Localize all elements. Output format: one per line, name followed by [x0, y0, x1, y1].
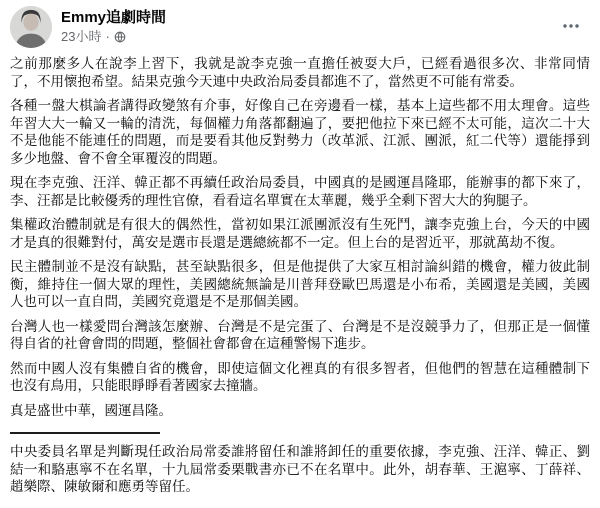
post-paragraph: 台灣人也一樣愛問台灣該怎麼辦、台灣是不是完蛋了、台灣是不是沒競爭力了，但那正是一…: [10, 318, 590, 353]
post-body: 之前那麼多人在說李上習下，我就是說李克強一直擔任被耍大戶，已經看過很多次、非常同…: [0, 50, 600, 496]
post-paragraph: 真是盛世中華，國運昌隆。: [10, 402, 590, 420]
profile-photo-placeholder: [10, 6, 52, 48]
divider-line: [10, 432, 160, 434]
post-paragraph: 集權政治體制就是有很大的偶然性，當初如果江派團派沒有生死鬥，讓李克強上台，今天的…: [10, 216, 590, 251]
post-paragraph: 現在李克強、汪洋、韓正都不再續任政治局委員，中國真的是國運昌隆耶，能辦事的都下來…: [10, 174, 590, 209]
author-name[interactable]: Emmy追劇時間: [61, 8, 166, 27]
post-meta-row: 23小時 ·: [61, 29, 166, 44]
post-paragraph: 然而中國人沒有集體自省的機會，即使這個文化裡真的有很多智者，但他們的智慧在這種體…: [10, 360, 590, 395]
post-paragraph: 之前那麼多人在說李上習下，我就是說李克強一直擔任被耍大戶，已經看過很多次、非常同…: [10, 55, 590, 90]
globe-icon: [114, 31, 126, 43]
dot-separator: ·: [105, 29, 109, 44]
avatar[interactable]: [10, 6, 52, 48]
more-options-button[interactable]: [558, 16, 584, 36]
post-footnote: 中央委員名單是判斷現任政治局常委誰將留任和誰將卸任的重要依據，李克強、汪洋、韓正…: [10, 443, 590, 496]
ellipsis-icon: [562, 20, 580, 32]
facebook-post-card: Emmy追劇時間 23小時 · 之前那麼多人在說: [0, 0, 600, 508]
post-paragraph: 各種一盤大棋論者講得政變煞有介事，好像自己在旁邊看一樣，基本上這些都不用太理會。…: [10, 97, 590, 167]
timestamp[interactable]: 23小時: [61, 29, 101, 44]
post-paragraph: 民主體制並不是沒有缺點，甚至缺點很多，但是他提供了大家互相討論糾錯的機會，權力彼…: [10, 258, 590, 311]
post-header: Emmy追劇時間 23小時 ·: [0, 0, 600, 50]
header-meta: Emmy追劇時間 23小時 ·: [61, 6, 166, 44]
